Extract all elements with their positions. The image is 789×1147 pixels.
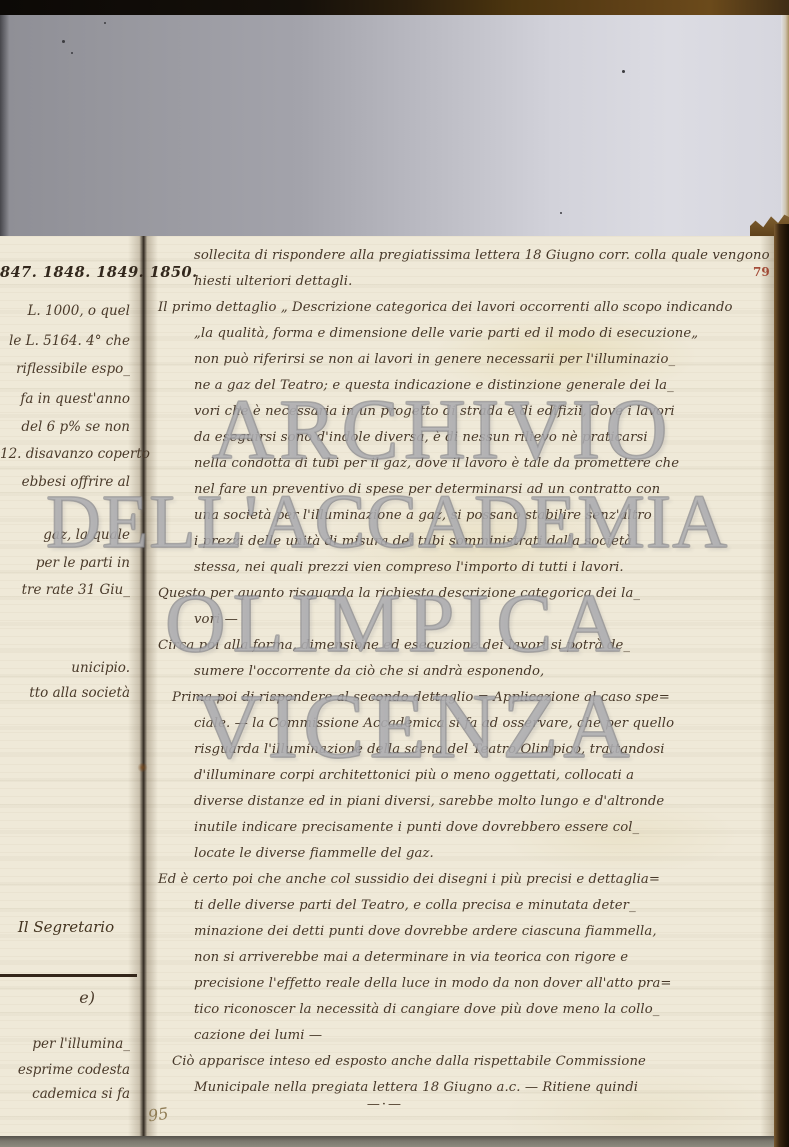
ink-stain — [137, 763, 148, 772]
manuscript-line: Questo per quanto risguarda la richiesta… — [156, 581, 772, 607]
manuscript-text-block: sollecita di rispondere alla pregiatissi… — [156, 243, 772, 1101]
manuscript-line: Ed è certo poi che anche col sussidio de… — [156, 867, 772, 893]
dust-speck — [104, 22, 106, 24]
left-page-fragment: ebbesi offrire al — [0, 474, 130, 490]
left-page-fragment: le L. 5164. 4° che — [0, 333, 130, 349]
manuscript-line: locate le diverse fiammelle del gaz. — [156, 841, 772, 867]
left-page-year-header: 847. 1848. 1849. 1850. — [0, 264, 133, 281]
manuscript-line: risguarda l'illuminazione della scena de… — [156, 737, 772, 763]
book-binding-edge — [774, 224, 789, 1147]
manuscript-line: stessa, nei quali prezzi vien compreso l… — [156, 555, 772, 581]
book-top-edge — [0, 0, 789, 15]
manuscript-line: cazione dei lumi — — [156, 1023, 772, 1049]
manuscript-line: minazione dei detti punti dove dovrebbe … — [156, 919, 772, 945]
manuscript-line: tico riconoscer la necessità di cangiare… — [156, 997, 772, 1023]
dust-speck — [560, 212, 562, 214]
manuscript-line: d'illuminare corpi architettonici più o … — [156, 763, 772, 789]
manuscript-line: „la qualità, forma e dimensione delle va… — [156, 321, 772, 347]
dust-speck — [622, 70, 625, 73]
left-page-fragment: tto alla società — [0, 685, 130, 701]
manuscript-line: Ciò apparisce inteso ed esposto anche da… — [156, 1049, 772, 1075]
folio-number-red: 79 — [753, 265, 770, 279]
left-page-fragment: per l'illumina_ — [0, 1036, 130, 1052]
manuscript-line: Circa poi alla forma, dimensione ed esec… — [156, 633, 772, 659]
manuscript-line: inutile indicare precisamente i punti do… — [156, 815, 772, 841]
manuscript-line: sumere l'occorrente da ciò che si andrà … — [156, 659, 772, 685]
left-page-fragment: gaz, la quale — [0, 527, 130, 543]
left-page-fragment: tre rate 31 Giu_ — [0, 582, 130, 598]
manuscript-line: da eseguirsi sono d'indole diversa, è di… — [156, 425, 772, 451]
manuscript-line: ti delle diverse parti del Teatro, e col… — [156, 893, 772, 919]
end-flourish: —·— — [300, 1097, 470, 1112]
manuscript-line: ciale. — la Commissione Accademica si fa… — [156, 711, 772, 737]
manuscript-line: Prima poi di rispondere al secondo detta… — [156, 685, 772, 711]
left-page-fragment: per le parti in — [0, 555, 130, 571]
left-page-fragment: del 6 p% se non — [0, 419, 130, 435]
scanned-manuscript-page: 847. 1848. 1849. 1850. L. 1000, o quel l… — [0, 0, 789, 1147]
manuscript-line: Il primo dettaglio „ Descrizione categor… — [156, 295, 772, 321]
manuscript-line: vori — — [156, 607, 772, 633]
book-cover-edge — [781, 0, 789, 226]
manuscript-line: ne a gaz del Teatro; e questa indicazion… — [156, 373, 772, 399]
manuscript-line: non può riferirsi se non ai lavori in ge… — [156, 347, 772, 373]
manuscript-line: sollecita di rispondere alla pregiatissi… — [156, 243, 772, 269]
left-page-fragment: riflessibile espo_ — [0, 361, 130, 377]
left-page-fragment: fa in quest'anno — [0, 391, 130, 407]
manuscript-line: i prezzi delle unità di misura dei tubi … — [156, 529, 772, 555]
book-gutter — [128, 236, 158, 1147]
manuscript-line: diverse distanze ed in piani diversi, sa… — [156, 789, 772, 815]
manuscript-line: nel fare un preventivo di spese per dete… — [156, 477, 772, 503]
left-page-fragment: cademica si fa — [0, 1086, 130, 1102]
manuscript-line: vori che è necessaria in un progetto di … — [156, 399, 772, 425]
left-page-fragment: esprime codesta — [0, 1062, 130, 1078]
manuscript-line: una società per l'illuminazione a gaz, s… — [156, 503, 772, 529]
manuscript-line: non si arriverebbe mai a determinare in … — [156, 945, 772, 971]
dust-speck — [71, 52, 73, 54]
manuscript-line: precisione l'effetto reale della luce in… — [156, 971, 772, 997]
scan-bottom-edge — [0, 1136, 789, 1147]
left-page-fragment: unicipio. — [0, 660, 130, 676]
left-page-fragment: e) — [0, 988, 95, 1007]
left-page-fragment: 12. disavanzo coperto — [0, 446, 130, 462]
page-number-pencil: 95 — [147, 1104, 170, 1126]
secretary-signature: Il Segretario — [0, 918, 132, 936]
manuscript-line: nella condotta di tubi per il gaz, dove … — [156, 451, 772, 477]
left-page-divider-rule — [0, 974, 137, 977]
manuscript-line: hiesti ulteriori dettagli. — [156, 269, 772, 295]
left-page-fragment: L. 1000, o quel — [0, 303, 130, 319]
dust-speck — [62, 40, 65, 43]
